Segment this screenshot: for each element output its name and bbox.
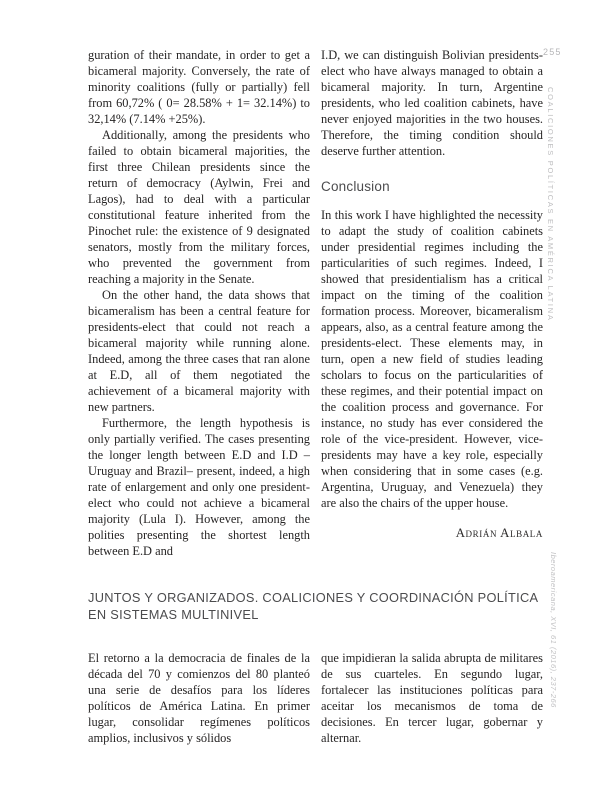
page-number: 255 <box>543 47 562 57</box>
paragraph: Additionally, among the presidents who f… <box>88 127 310 287</box>
running-head: COALICIONES POLÍTICAS EN AMÉRICA LATINA <box>546 87 555 322</box>
conclusion-heading: Conclusion <box>321 179 543 194</box>
section-columns: El retorno a la democracia de finales de… <box>88 650 543 746</box>
section-left-column: El retorno a la democracia de finales de… <box>88 650 310 746</box>
journal-citation: Iberoamericana, XVI, 61 (2016), 237-266 <box>549 552 558 708</box>
paragraph: que impidieran la salida abrupta de mili… <box>321 650 543 746</box>
article-left-column: guration of their mandate, in order to g… <box>88 47 310 559</box>
paragraph: I.D, we can distinguish Bolivian preside… <box>321 47 543 159</box>
paragraph: Furthermore, the length hypothesis is on… <box>88 415 310 559</box>
paragraph: guration of their mandate, in order to g… <box>88 47 310 127</box>
author-name: Adrián Albala <box>321 526 543 541</box>
article-right-column: I.D, we can distinguish Bolivian preside… <box>321 47 543 559</box>
paragraph: El retorno a la democracia de finales de… <box>88 650 310 746</box>
article-columns: guration of their mandate, in order to g… <box>88 47 543 559</box>
section-right-column: que impidieran la salida abrupta de mili… <box>321 650 543 746</box>
paragraph: On the other hand, the data shows that b… <box>88 287 310 415</box>
section-title: JUNTOS Y ORGANIZADOS. COALICIONES Y COOR… <box>88 590 550 623</box>
journal-page: guration of their mandate, in order to g… <box>0 0 612 792</box>
paragraph: In this work I have highlighted the nece… <box>321 207 543 511</box>
